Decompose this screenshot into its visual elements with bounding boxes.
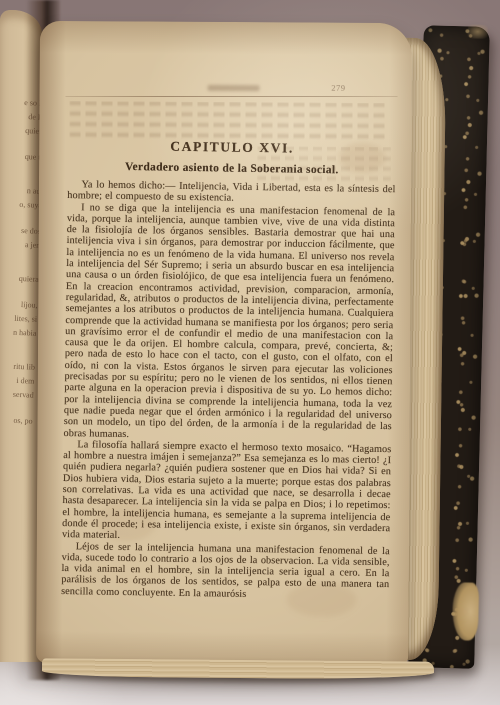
right-page: 279 CAPITULO XVI. Verdadero asiento de l… [36,21,412,665]
chapter-subtitle: Verdadero asiento de la Soberania social… [68,160,396,177]
paragraph: La filosofía hallará siempre exacto el h… [62,439,392,546]
running-head-illegible-word [208,85,260,91]
text-column: CAPITULO XVI. Verdadero asiento de la So… [61,137,396,602]
photo-of-open-book: e so ha de Es quiera que te n aut o, suy… [0,0,500,705]
running-head-rule [66,96,398,97]
page-number: 279 [331,83,345,93]
paragraph: I no se diga que la intelijencia es una … [64,202,396,444]
paragraph: Léjos de ser la intelijencia humana una … [61,540,390,602]
cover-worn-bottom-corner [452,582,479,641]
running-head: 279 [40,79,412,95]
cover-worn-top-corner [468,24,488,38]
